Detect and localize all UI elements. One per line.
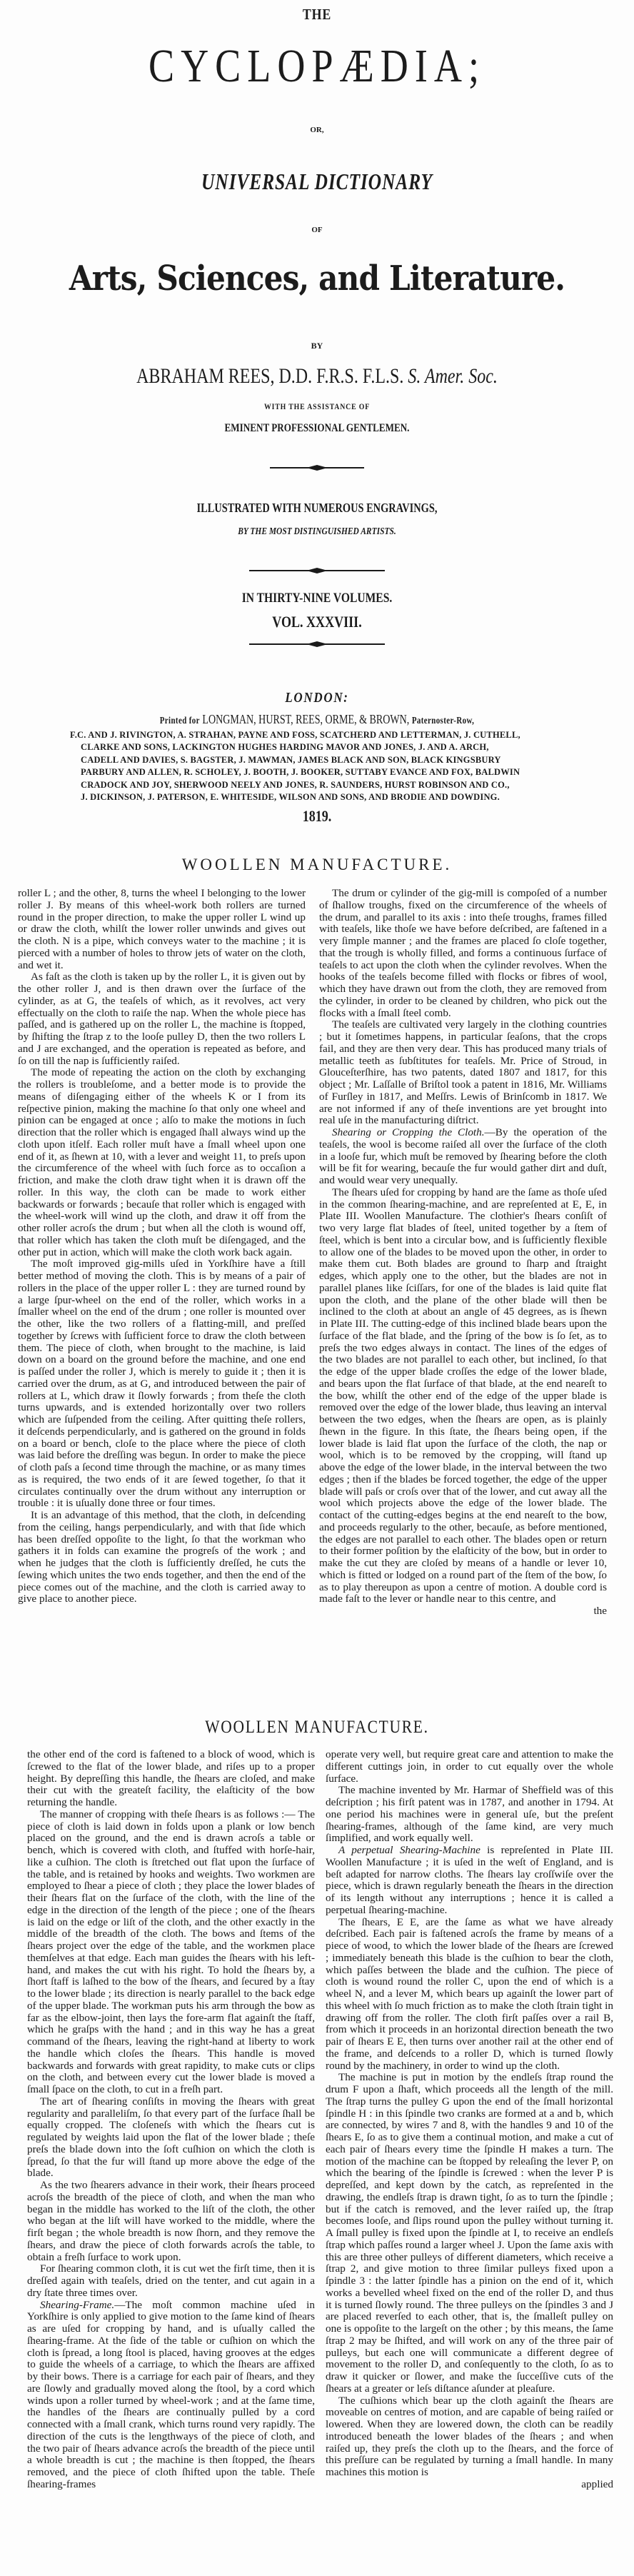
paragraph-text: —The moſt common machine uſed in Yorkſhi… xyxy=(27,2299,315,2490)
title-page: THE CYCLOPÆDIA; OR, UNIVERSAL DICTIONARY… xyxy=(0,0,634,821)
page2-left-column: the other end of the cord is faſtened to… xyxy=(27,1749,315,2491)
paragraph-text: applied xyxy=(581,2478,613,2490)
paragraph-text: The manner of cropping with theſe ſhears… xyxy=(27,1808,315,2095)
page-heading: WOOLLEN MANUFACTURE. xyxy=(44,1718,590,1738)
booksellers-line: F.C. AND J. RIVINGTON, A. STRAHAN, PAYNE… xyxy=(70,729,570,741)
paragraph-text: As the two ſhearers advance in their wor… xyxy=(27,2179,315,2263)
paragraph-text: The moſt improved gig-mills uſed in York… xyxy=(18,1258,306,1509)
paragraph: operate very well, but require great car… xyxy=(326,1749,613,1785)
page1-left-column: roller L ; and the other, 8, turns the w… xyxy=(18,888,306,1605)
illustrated-line: ILLUSTRATED WITH NUMEROUS ENGRAVINGS, xyxy=(64,501,570,516)
paragraph: As faſt as the cloth is taken up by the … xyxy=(18,971,306,1067)
book-subtitle: UNIVERSAL DICTIONARY xyxy=(64,169,570,195)
paragraph-text: For ſhearing common cloth, it is cut wet… xyxy=(27,2262,315,2299)
printed-for-line: Printed for LONGMAN, HURST, REES, ORME, … xyxy=(70,712,565,727)
catchword: applied xyxy=(326,2479,613,2491)
author-society: S. Amer. Soc. xyxy=(408,364,498,388)
volume-number: VOL. XXXVIII. xyxy=(57,613,577,631)
paragraph-text: the other end of the cord is faſtened to… xyxy=(27,1748,315,1808)
paragraph-text: roller L ; and the other, 8, turns the w… xyxy=(18,887,306,971)
title-of: OF xyxy=(0,226,634,234)
paragraph-text: The ſhears uſed for cropping by hand are… xyxy=(319,1186,607,1605)
booksellers-list: F.C. AND J. RIVINGTON, A. STRAHAN, PAYNE… xyxy=(70,729,570,803)
paragraph: The cuſhions which bear up the cloth aga… xyxy=(326,2395,613,2479)
booksellers-line: J. DICKINSON, J. PATERSON, E. WHITESIDE,… xyxy=(70,791,570,803)
paragraph: The manner of cropping with theſe ſhears… xyxy=(27,1809,315,2096)
paragraph-text: The teaſels are cultivated very largely … xyxy=(319,1018,607,1126)
paragraph-text: The mode of repeating the action on the … xyxy=(18,1066,306,1258)
book-subject: Arts, Sciences, and Literature. xyxy=(38,259,595,299)
eminent-line: EMINENT PROFESSIONAL GENTLEMEN. xyxy=(57,422,577,435)
title-by: BY xyxy=(0,341,634,351)
printed-for-prefix: Printed for xyxy=(160,716,200,726)
paragraph-text: the xyxy=(593,1605,607,1617)
paragraph: The teaſels are cultivated very largely … xyxy=(319,1019,607,1127)
catchword: the xyxy=(319,1605,607,1618)
ornament-rule-icon xyxy=(249,568,385,573)
booksellers-line: CRADOCK AND JOY, SHERWOOD NEELY AND JONE… xyxy=(70,779,570,791)
paragraph: The drum or cylinder of the gig-mill is … xyxy=(319,888,607,1019)
author-name: ABRAHAM REES, D.D. F.R.S. F.L.S. xyxy=(136,364,408,388)
paragraph: The machine invented by Mr. Harmar of Sh… xyxy=(326,1785,613,1845)
booksellers-line: CADELL AND DAVIES, S. BAGSTER, J. MAWMAN… xyxy=(70,754,570,766)
section-lead: Shearing-Frame. xyxy=(40,2299,114,2311)
assistance-line: WITH THE ASSISTANCE OF xyxy=(57,401,577,412)
paragraph-text: The art of ſhearing conſiſts in moving t… xyxy=(27,2095,315,2180)
artists-line: BY THE MOST DISTINGUISHED ARTISTS. xyxy=(57,526,577,538)
paragraph: Shearing or Cropping the Cloth.—By the o… xyxy=(319,1127,607,1187)
paragraph: The art of ſhearing conſiſts in moving t… xyxy=(27,2096,315,2180)
paragraph-text: As faſt as the cloth is taken up by the … xyxy=(18,971,306,1066)
page-heading: WOOLLEN MANUFACTURE. xyxy=(0,856,634,874)
section-lead: A perpetual Shearing-Machine xyxy=(338,1844,480,1856)
paragraph: The ſhears uſed for cropping by hand are… xyxy=(319,1187,607,1605)
title-the: THE xyxy=(48,6,587,24)
paragraph: The machine is put in motion by the endl… xyxy=(326,2072,613,2395)
imprint-year: 1819. xyxy=(57,807,577,826)
paragraph-text: The machine is put in motion by the endl… xyxy=(326,2071,613,2395)
booksellers-line: CLARKE AND SONS, LACKINGTON HUGHES HARDI… xyxy=(70,741,570,753)
ornament-rule-icon xyxy=(249,641,385,647)
paragraph: A perpetual Shearing-Machine is repreſen… xyxy=(326,1845,613,1917)
paragraph: As the two ſhearers advance in their wor… xyxy=(27,2180,315,2263)
printed-for-publisher: LONGMAN, HURST, REES, ORME, & BROWN, xyxy=(202,712,409,726)
page1-right-column: The drum or cylinder of the gig-mill is … xyxy=(319,888,607,1618)
page2-right-column: operate very well, but require great car… xyxy=(326,1749,613,2491)
paragraph-text: The machine invented by Mr. Harmar of Sh… xyxy=(326,1784,613,1844)
paragraph: For ſhearing common cloth, it is cut wet… xyxy=(27,2263,315,2299)
paragraph: The moſt improved gig-mills uſed in York… xyxy=(18,1258,306,1510)
booksellers-line: PARBURY AND ALLEN, R. SCHOLEY, J. BOOTH,… xyxy=(70,766,570,778)
volumes-line: IN THIRTY-NINE VOLUMES. xyxy=(57,591,577,606)
ornament-rule-icon xyxy=(270,465,364,471)
section-lead: Shearing or Cropping the Cloth. xyxy=(332,1126,485,1138)
paragraph: the other end of the cord is faſtened to… xyxy=(27,1749,315,1809)
paragraph-text: It is an advantage of this method, that … xyxy=(18,1509,306,1605)
title-or: OR, xyxy=(0,126,634,134)
paragraph: The ſhears, E E, are the ſame as what we… xyxy=(326,1917,613,2073)
imprint-city: LONDON: xyxy=(48,690,587,706)
author-line: ABRAHAM REES, D.D. F.R.S. F.L.S. S. Amer… xyxy=(64,364,570,389)
printed-for-suffix: Paternoster-Row, xyxy=(412,716,474,726)
book-title: CYCLOPÆDIA; xyxy=(57,43,577,90)
paragraph-text: operate very well, but require great car… xyxy=(326,1748,613,1785)
paragraph: The mode of repeating the action on the … xyxy=(18,1067,306,1258)
paragraph-text: The ſhears, E E, are the ſame as what we… xyxy=(326,1916,613,2072)
paragraph: Shearing-Frame.—The moſt common machine … xyxy=(27,2300,315,2491)
paragraph: It is an advantage of this method, that … xyxy=(18,1510,306,1605)
paragraph: roller L ; and the other, 8, turns the w… xyxy=(18,888,306,971)
paragraph-text: The drum or cylinder of the gig-mill is … xyxy=(319,887,607,1019)
paragraph-text: The cuſhions which bear up the cloth aga… xyxy=(326,2395,613,2479)
